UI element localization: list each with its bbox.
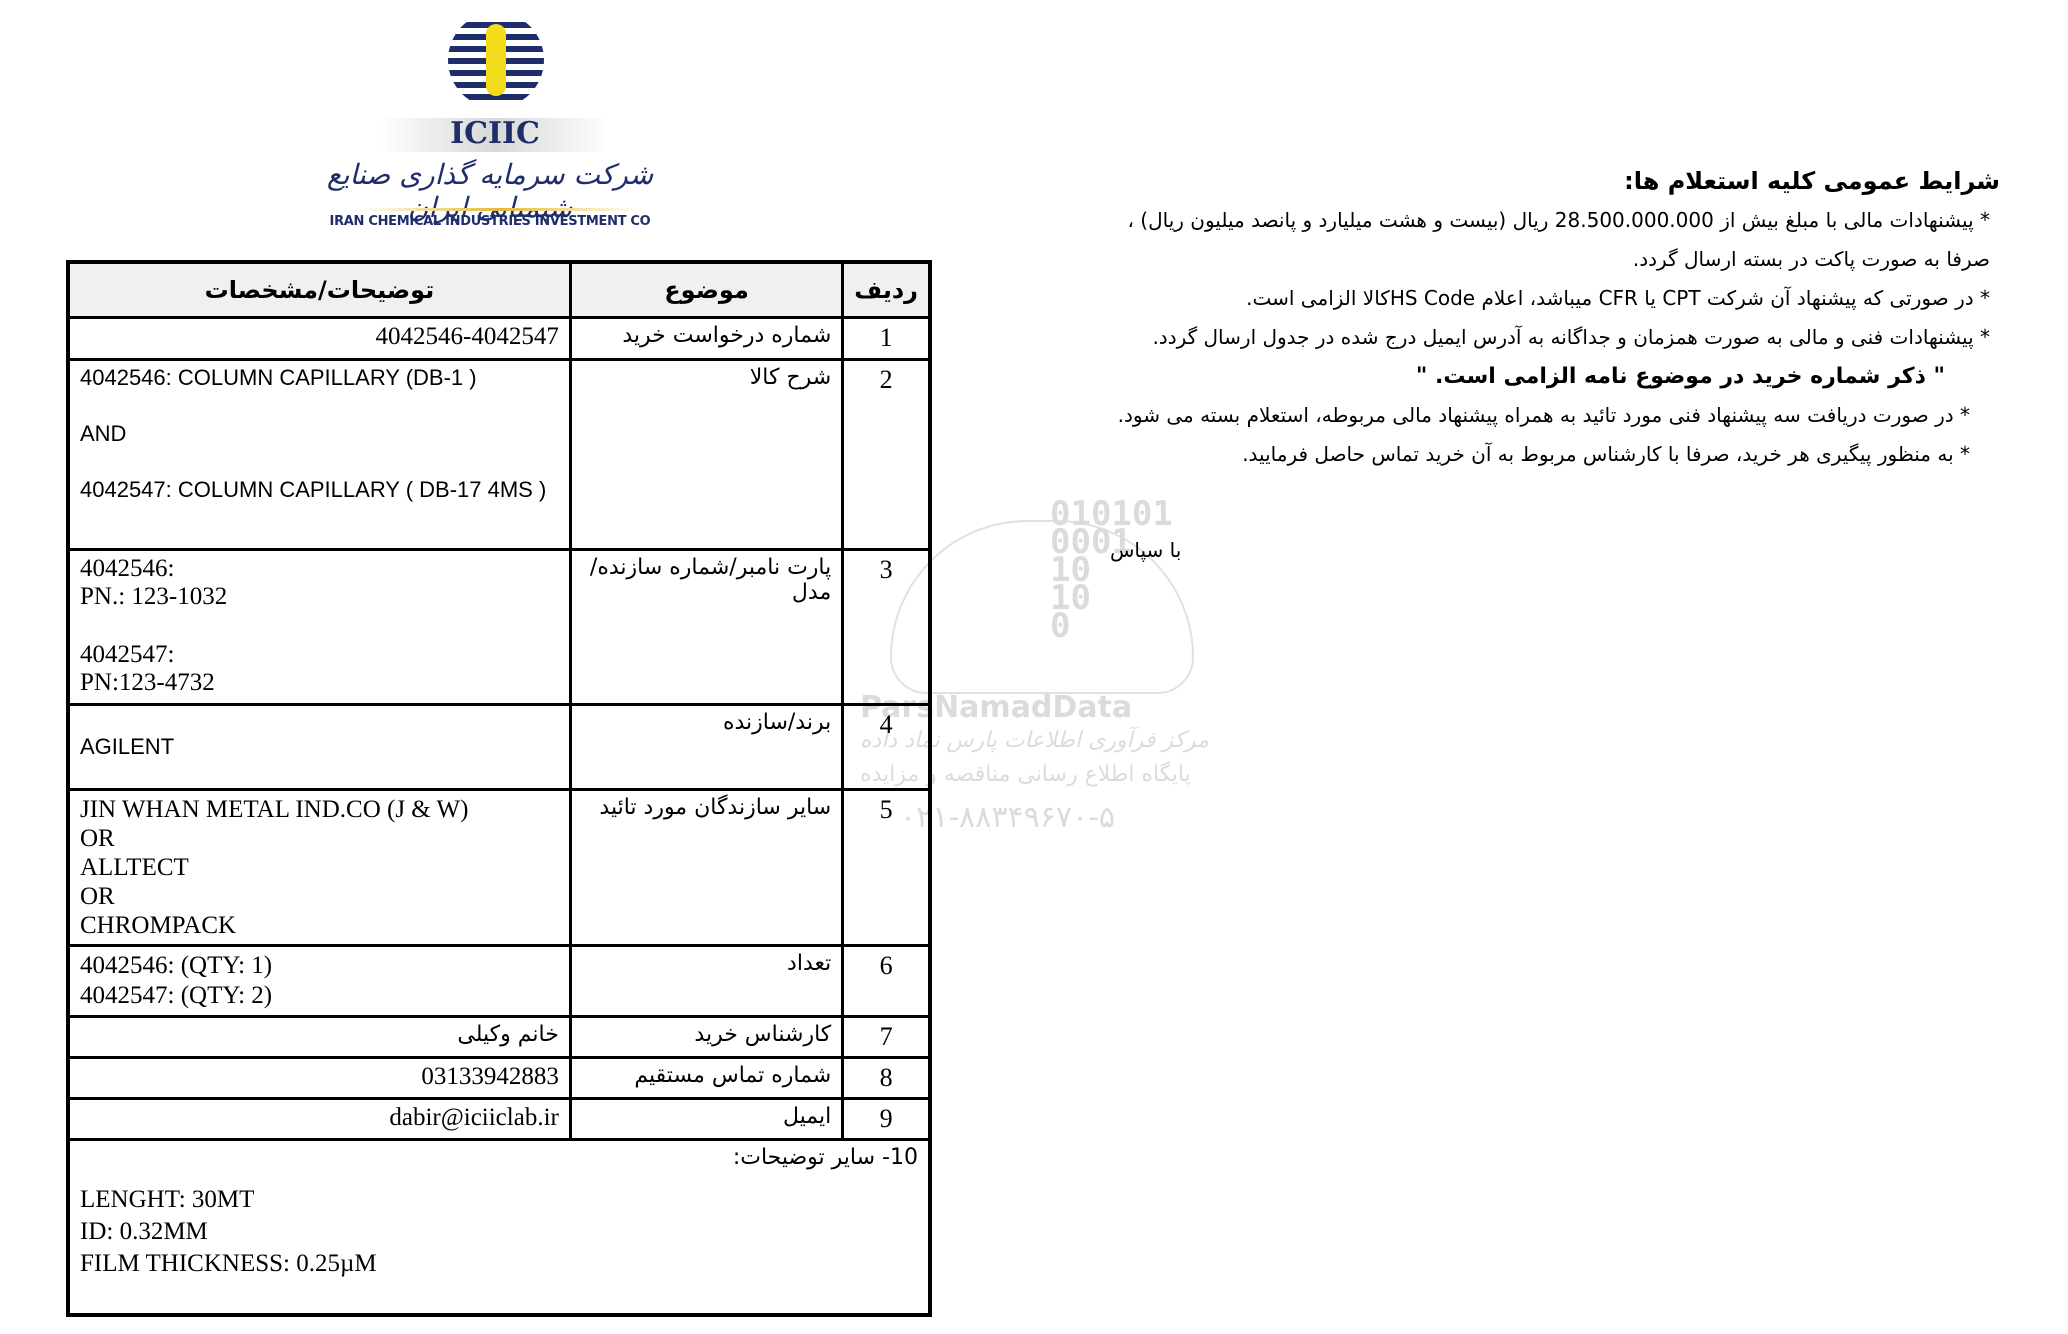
row-number: 9 <box>843 1099 930 1140</box>
row-subject: پارت نامبر/شماره سازنده/مدل <box>570 550 842 705</box>
header-subject: موضوع <box>570 262 842 318</box>
table-row: خانم وکیلی کارشناس خرید 7 <box>68 1017 930 1058</box>
table-row: JIN WHAN METAL IND.CO (J & W) OR ALLTECT… <box>68 790 930 946</box>
row-number: 7 <box>843 1017 930 1058</box>
condition-item: * به منظور پیگیری هر خرید، صرفا با کارشن… <box>1080 435 2000 474</box>
closing-thanks: با سپاس <box>1110 538 1181 562</box>
conditions-title: شرایط عمومی کلیه استعلام ها: <box>1080 162 2000 201</box>
watermark-phone: ۰۲۱-۸۸۳۴۹۶۷۰-۵ <box>900 800 1115 835</box>
row-subject: ایمیل <box>570 1099 842 1140</box>
table-row: 4042546-4042547 شماره درخواست خرید 1 <box>68 318 930 360</box>
item-description: 4042546: COLUMN CAPILLARY (DB-1 ) AND 40… <box>68 360 570 550</box>
part-numbers: 4042546: PN.: 123-1032 4042547: PN:123-4… <box>68 550 570 705</box>
company-name-en: IRAN CHEMICAL INDUSTRIES INVESTMENT CO <box>300 214 680 229</box>
condition-item: * در صورت دریافت سه پیشنهاد فنی مورد تائ… <box>1080 396 2000 435</box>
email-address[interactable]: dabir@iciiclab.ir <box>68 1099 570 1140</box>
logo-divider <box>360 208 640 211</box>
company-logo: ICIIC شرکت سرمایه گذاری صنایع شیمیایی ای… <box>300 12 680 232</box>
row-subject: برند/سازنده <box>570 705 842 790</box>
other-notes: 10- سایر توضیحات: LENGHT: 30MT ID: 0.32M… <box>68 1140 930 1315</box>
row-number: 6 <box>843 946 930 1017</box>
brand: AGILENT <box>68 705 570 790</box>
table-row: 4042546: COLUMN CAPILLARY (DB-1 ) AND 40… <box>68 360 930 550</box>
row-number: 4 <box>843 705 930 790</box>
row-number: 8 <box>843 1058 930 1099</box>
row-number: 2 <box>843 360 930 550</box>
header-row-number: ردیف <box>843 262 930 318</box>
row-number: 1 <box>843 318 930 360</box>
purchase-request-number: 4042546-4042547 <box>68 318 570 360</box>
inquiry-table: توضیحات/مشخصات موضوع ردیف 4042546-404254… <box>66 260 932 1317</box>
row-subject: کارشناس خرید <box>570 1017 842 1058</box>
quantities: 4042546: (QTY: 1) 4042547: (QTY: 2) <box>68 946 570 1017</box>
condition-item: * پیشنهادات مالی با مبلغ بیش از 28.500.0… <box>1080 201 2000 279</box>
condition-item: * در صورتی که پیشنهاد آن شرکت CPT یا CFR… <box>1080 279 2000 318</box>
row-subject: سایر سازندگان مورد تائید <box>570 790 842 946</box>
general-conditions: شرایط عمومی کلیه استعلام ها: * پیشنهادات… <box>1080 162 2000 474</box>
logo-emblem-icon <box>448 12 544 108</box>
table-row: 4042546: PN.: 123-1032 4042547: PN:123-4… <box>68 550 930 705</box>
other-notes-row: 10- سایر توضیحات: LENGHT: 30MT ID: 0.32M… <box>68 1140 930 1315</box>
row-subject: شماره درخواست خرید <box>570 318 842 360</box>
approved-manufacturers: JIN WHAN METAL IND.CO (J & W) OR ALLTECT… <box>68 790 570 946</box>
conditions-emphasis: " ذکر شماره خرید در موضوع نامه الزامی اس… <box>1080 357 2000 396</box>
row-subject: تعداد <box>570 946 842 1017</box>
other-notes-label: 10- سایر توضیحات: <box>80 1145 918 1170</box>
row-subject: شماره تماس مستقیم <box>570 1058 842 1099</box>
watermark-binary: 010101 0001 10 10 0 <box>1050 500 1173 640</box>
table-row: 03133942883 شماره تماس مستقیم 8 <box>68 1058 930 1099</box>
condition-item: * پیشنهادات فنی و مالی به صورت همزمان و … <box>1080 318 2000 357</box>
purchase-officer: خانم وکیلی <box>68 1017 570 1058</box>
header-description: توضیحات/مشخصات <box>68 262 570 318</box>
table-header-row: توضیحات/مشخصات موضوع ردیف <box>68 262 930 318</box>
row-number: 3 <box>843 550 930 705</box>
logo-abbreviation: ICIIC <box>380 116 610 151</box>
other-notes-specs: LENGHT: 30MT ID: 0.32MM FILM THICKNESS: … <box>80 1184 918 1280</box>
table-row: 4042546: (QTY: 1) 4042547: (QTY: 2) تعدا… <box>68 946 930 1017</box>
table-row: dabir@iciiclab.ir ایمیل 9 <box>68 1099 930 1140</box>
direct-phone: 03133942883 <box>68 1058 570 1099</box>
row-subject: شرح کالا <box>570 360 842 550</box>
row-number: 5 <box>843 790 930 946</box>
table-row: AGILENT برند/سازنده 4 <box>68 705 930 790</box>
